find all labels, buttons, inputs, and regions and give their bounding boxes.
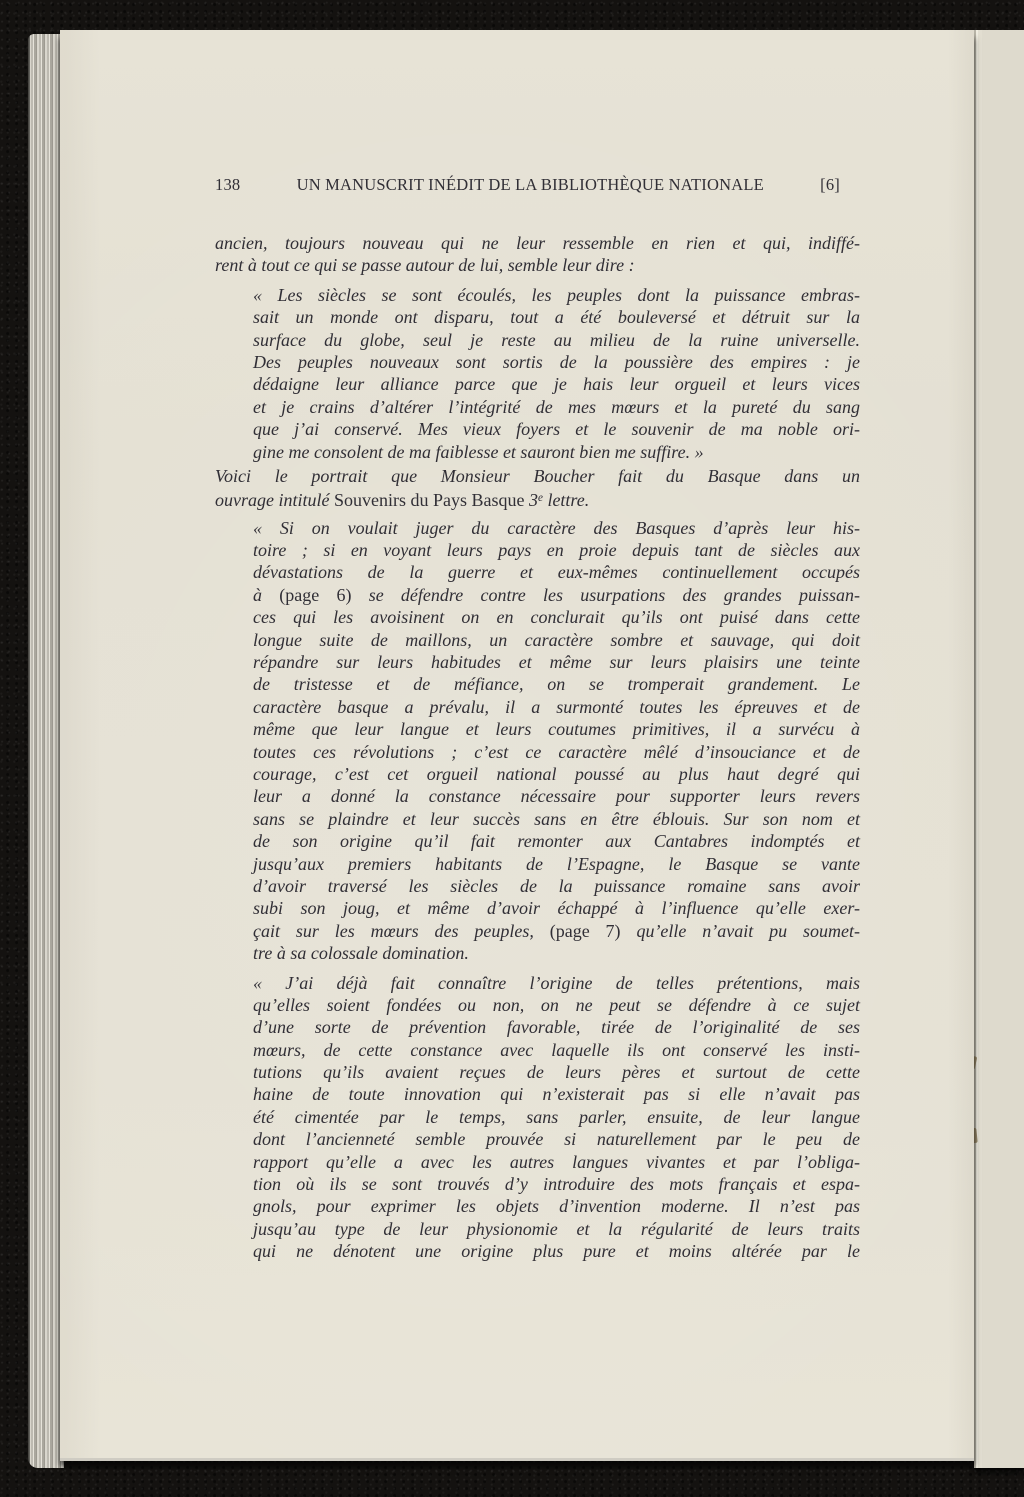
- text-segment: mœurs, de cette constance avec laquelle …: [253, 1040, 860, 1060]
- text-line: ouvrage intitulé Souvenirs du Pays Basqu…: [215, 487, 860, 509]
- text-line: d’une sorte de prévention favorable, tir…: [253, 1016, 860, 1038]
- text-line: dont l’ancienneté semble prouvée si natu…: [253, 1128, 860, 1150]
- text-segment: que j’ai conservé. Mes vieux foyers et l…: [253, 419, 860, 439]
- text-segment: toire ; si en voyant leurs pays en proie…: [253, 540, 860, 560]
- text-segment: dédaigne leur alliance parce que je hais…: [253, 374, 860, 394]
- text-segment: surface du globe, seul je reste au milie…: [253, 330, 860, 350]
- text-segment: çait sur les mœurs des peuples,: [253, 921, 550, 941]
- text-segment: dont l’ancienneté semble prouvée si natu…: [253, 1129, 860, 1149]
- text-line: d’avoir traversé les siècles de la puiss…: [253, 875, 860, 897]
- text-line: été cimentée par le temps, sans parler, …: [253, 1106, 860, 1128]
- text-segment: lettre.: [543, 490, 589, 510]
- text-segment: subi son joug, et même d’avoir échappé à…: [253, 898, 860, 918]
- text-line: et je crains d’altérer l’intégrité de me…: [253, 396, 860, 418]
- text-segment: jusqu’aux premiers habitants de l’Espagn…: [253, 854, 860, 874]
- text-line: toutes ces révolutions ; c’est ce caract…: [253, 741, 860, 763]
- text-line: tutions qu’ils avaient reçues de leurs p…: [253, 1061, 860, 1083]
- text-line: de son origine qu’il fait remonter aux C…: [253, 830, 860, 852]
- facing-page-sliver: [974, 30, 1024, 1468]
- text-segment: d’une sorte de prévention favorable, tir…: [253, 1017, 860, 1037]
- text-segment: de son origine qu’il fait remonter aux C…: [253, 831, 860, 851]
- text-line: mœurs, de cette constance avec laquelle …: [253, 1039, 860, 1061]
- text-segment: se défendre contre les usurpations des g…: [369, 585, 860, 605]
- text-line: rent à tout ce qui se passe autour de lu…: [215, 254, 860, 276]
- text-segment: haine de toute innovation qui n’existera…: [253, 1084, 860, 1104]
- text-line: gine me consolent de ma faiblesse et sau…: [253, 441, 860, 463]
- text-segment: Souvenirs du Pays Basque: [334, 490, 529, 510]
- text-line: à (page 6) se défendre contre les usurpa…: [253, 584, 860, 606]
- paragraph: Voici le portrait que Monsieur Boucher f…: [215, 465, 860, 510]
- text-line: dévastations de la guerre et eux-mêmes c…: [253, 561, 860, 583]
- text-segment: Voici le portrait que Monsieur Boucher f…: [215, 466, 860, 486]
- text-segment: répandre sur leurs habitudes et même sur…: [253, 652, 860, 672]
- text-segment: « Les siècles se sont écoulés, les peupl…: [253, 285, 860, 305]
- text-segment: qu’elles soient fondées ou non, on ne pe…: [253, 995, 860, 1015]
- text-segment: rapport qu’elle a avec les autres langue…: [253, 1152, 860, 1172]
- text-segment: « J’ai déjà fait connaître l’origine de …: [253, 973, 860, 993]
- text-segment: (page 6): [279, 585, 368, 605]
- text-line: leur a donné la constance nécessaire pou…: [253, 785, 860, 807]
- text-line: caractère basque a prévalu, il a surmont…: [253, 696, 860, 718]
- text-segment: ouvrage intitulé: [215, 490, 334, 510]
- text-line: toire ; si en voyant leurs pays en proie…: [253, 539, 860, 561]
- text-line: répandre sur leurs habitudes et même sur…: [253, 651, 860, 673]
- text-segment: d’avoir traversé les siècles de la puiss…: [253, 876, 860, 896]
- text-segment: (page 7): [550, 921, 637, 941]
- text-line: çait sur les mœurs des peuples, (page 7)…: [253, 920, 860, 942]
- text-line: « Si on voulait juger du caractère des B…: [253, 517, 860, 539]
- text-segment: longue suite de maillons, un caractère s…: [253, 630, 860, 650]
- text-segment: toutes ces révolutions ; c’est ce caract…: [253, 742, 860, 762]
- text-segment: tutions qu’ils avaient reçues de leurs p…: [253, 1062, 860, 1082]
- text-segment: à: [253, 585, 279, 605]
- text-line: « J’ai déjà fait connaître l’origine de …: [253, 972, 860, 994]
- text-segment: gine me consolent de ma faiblesse et sau…: [253, 442, 704, 462]
- text-segment: jusqu’au type de leur physionomie et la …: [253, 1219, 860, 1239]
- text-line: courage, c’est cet orgueil national pous…: [253, 763, 860, 785]
- text-line: surface du globe, seul je reste au milie…: [253, 329, 860, 351]
- text-segment: rent à tout ce qui se passe autour de lu…: [215, 255, 635, 275]
- text-line: Voici le portrait que Monsieur Boucher f…: [215, 465, 860, 487]
- text-segment: 3: [529, 490, 538, 510]
- quoted-passage: « Si on voulait juger du caractère des B…: [253, 517, 860, 965]
- text-line: dédaigne leur alliance parce que je hais…: [253, 373, 860, 395]
- text-segment: qui ne dénotent une origine plus pure et…: [253, 1241, 860, 1261]
- paragraph: ancien, toujours nouveau qui ne leur res…: [215, 232, 860, 277]
- page-stack-edges: [28, 34, 64, 1468]
- text-line: sait un monde ont disparu, tout a été bo…: [253, 306, 860, 328]
- text-line: ancien, toujours nouveau qui ne leur res…: [215, 232, 860, 254]
- text-line: qui ne dénotent une origine plus pure et…: [253, 1240, 860, 1262]
- text-segment: « Si on voulait juger du caractère des B…: [253, 518, 860, 538]
- text-segment: et je crains d’altérer l’intégrité de me…: [253, 397, 860, 417]
- text-segment: qu’elle n’avait pu soumet-: [636, 921, 860, 941]
- section-ref: [6]: [820, 175, 860, 195]
- text-segment: leur a donné la constance nécessaire pou…: [253, 786, 860, 806]
- quoted-passage: « J’ai déjà fait connaître l’origine de …: [253, 972, 860, 1263]
- text-line: haine de toute innovation qui n’existera…: [253, 1083, 860, 1105]
- text-line: jusqu’aux premiers habitants de l’Espagn…: [253, 853, 860, 875]
- text-segment: tre à sa colossale domination.: [253, 943, 469, 963]
- text-segment: même que leur langue et leurs coutumes p…: [253, 719, 860, 739]
- text-block: ancien, toujours nouveau qui ne leur res…: [215, 232, 860, 1265]
- text-segment: caractère basque a prévalu, il a surmont…: [253, 697, 860, 717]
- text-segment: courage, c’est cet orgueil national pous…: [253, 764, 860, 784]
- text-line: qu’elles soient fondées ou non, on ne pe…: [253, 994, 860, 1016]
- text-segment: dévastations de la guerre et eux-mêmes c…: [253, 562, 860, 582]
- text-line: que j’ai conservé. Mes vieux foyers et l…: [253, 418, 860, 440]
- text-segment: été cimentée par le temps, sans parler, …: [253, 1107, 860, 1127]
- running-header: 138 UN MANUSCRIT INÉDIT DE LA BIBLIOTHÈQ…: [215, 175, 860, 197]
- text-line: ces qui les avoisinent on en conclurait …: [253, 606, 860, 628]
- quoted-passage: « Les siècles se sont écoulés, les peupl…: [253, 284, 860, 463]
- text-segment: de tristesse et de méfiance, on se tromp…: [253, 674, 860, 694]
- text-segment: sait un monde ont disparu, tout a été bo…: [253, 307, 860, 327]
- text-line: longue suite de maillons, un caractère s…: [253, 629, 860, 651]
- running-title: UN MANUSCRIT INÉDIT DE LA BIBLIOTHÈQUE N…: [240, 175, 820, 195]
- text-line: rapport qu’elle a avec les autres langue…: [253, 1151, 860, 1173]
- text-segment: Des peuples nouveaux sont sortis de la p…: [253, 352, 860, 372]
- text-segment: ces qui les avoisinent on en conclurait …: [253, 607, 860, 627]
- text-line: tion où ils se sont trouvés d’y introdui…: [253, 1173, 860, 1195]
- text-line: même que leur langue et leurs coutumes p…: [253, 718, 860, 740]
- text-line: de tristesse et de méfiance, on se tromp…: [253, 673, 860, 695]
- text-line: jusqu’au type de leur physionomie et la …: [253, 1218, 860, 1240]
- text-segment: tion où ils se sont trouvés d’y introdui…: [253, 1174, 860, 1194]
- page-number: 138: [215, 175, 240, 195]
- text-line: tre à sa colossale domination.: [253, 942, 860, 964]
- text-line: sans se plaindre et leur succès sans en …: [253, 808, 860, 830]
- book-page: 138 UN MANUSCRIT INÉDIT DE LA BIBLIOTHÈQ…: [60, 30, 974, 1458]
- text-line: « Les siècles se sont écoulés, les peupl…: [253, 284, 860, 306]
- text-segment: gnols, pour exprimer les objets d’invent…: [253, 1196, 860, 1216]
- text-segment: sans se plaindre et leur succès sans en …: [253, 809, 860, 829]
- text-line: Des peuples nouveaux sont sortis de la p…: [253, 351, 860, 373]
- text-line: gnols, pour exprimer les objets d’invent…: [253, 1195, 860, 1217]
- text-segment: ancien, toujours nouveau qui ne leur res…: [215, 233, 860, 253]
- text-line: subi son joug, et même d’avoir échappé à…: [253, 897, 860, 919]
